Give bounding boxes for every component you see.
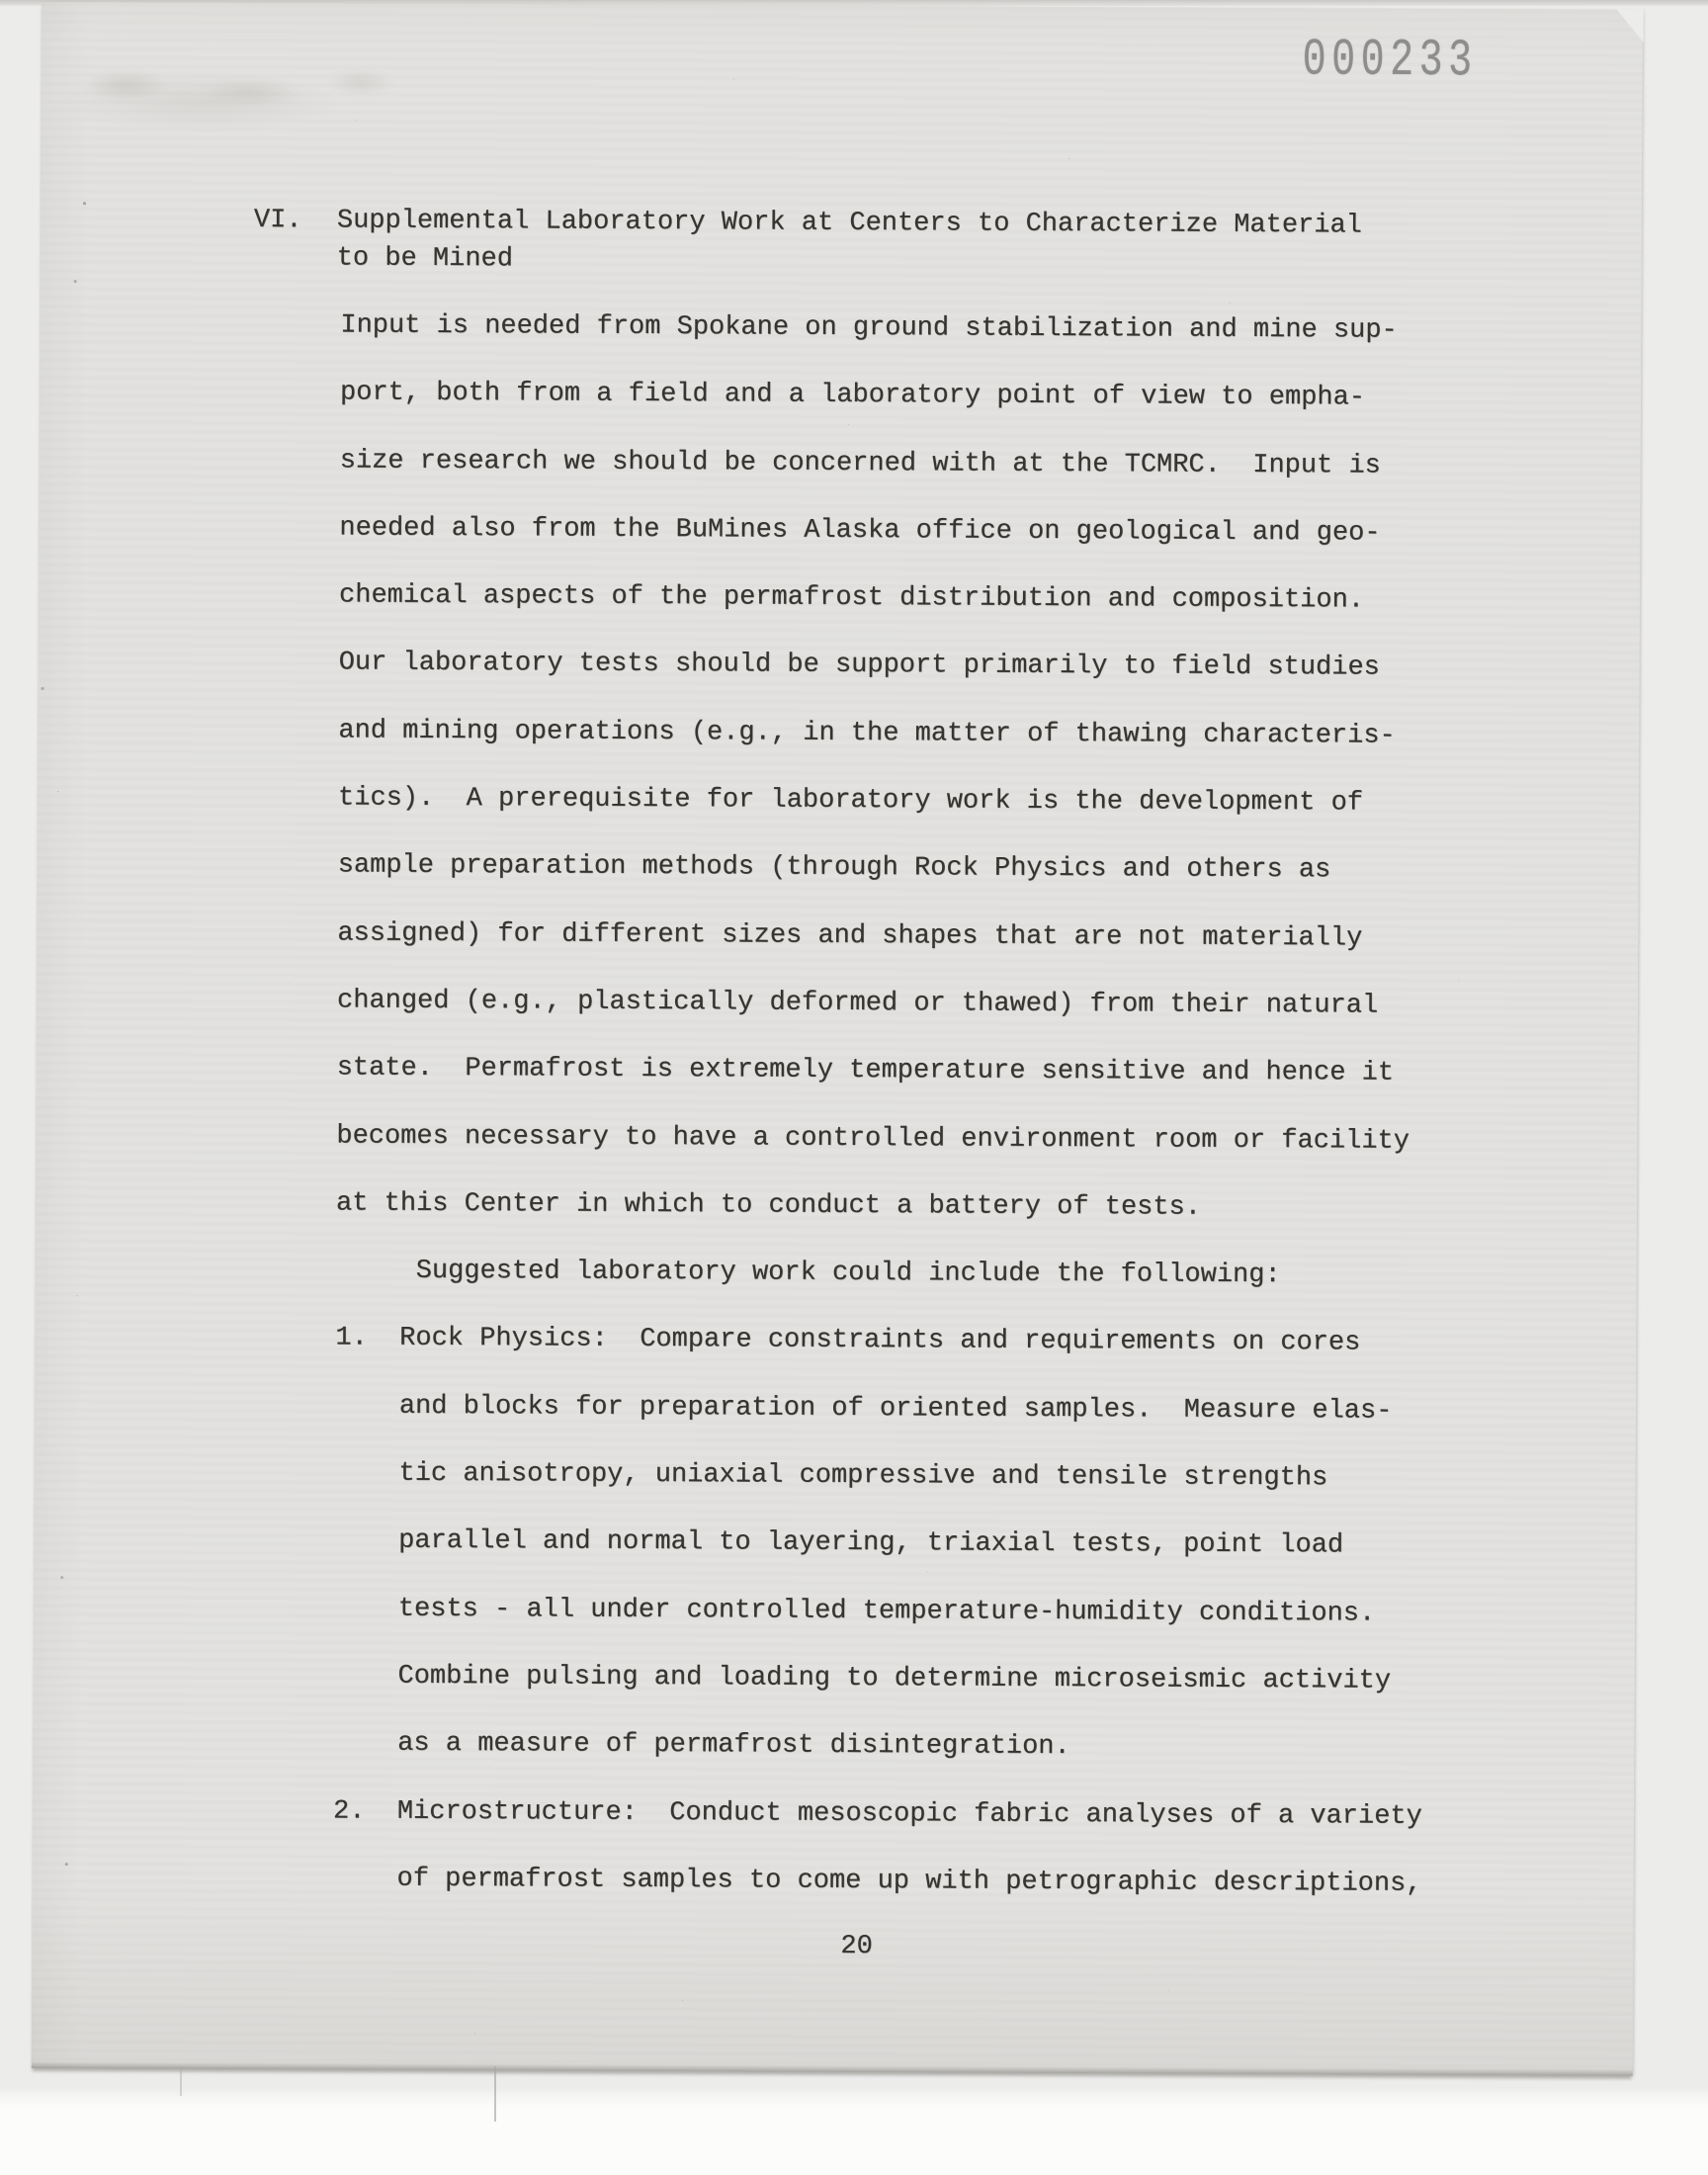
text-line: at this Center in which to conduct a bat… (336, 1170, 1425, 1243)
text-line: parallel and normal to layering, triaxia… (334, 1508, 1423, 1581)
heading-title-line2: to be Mined (337, 243, 513, 274)
scan-tick-1 (494, 2066, 496, 2122)
text-line: tests - all under controlled temperature… (334, 1575, 1423, 1648)
text-line: of permafrost samples to come up with pe… (333, 1845, 1422, 1918)
stamp-number: 000233 (1303, 32, 1478, 91)
heading-title-line1: Supplemental Laboratory Work at Centers … (337, 206, 1362, 240)
text-line: state. Permafrost is extremely temperatu… (337, 1035, 1426, 1108)
text-line: port, both from a field and a laboratory… (340, 360, 1429, 433)
corner-cut (1614, 9, 1644, 43)
text-line: changed (e.g., plastically deformed or t… (337, 967, 1426, 1040)
text-line: sample preparation methods (through Rock… (338, 832, 1427, 906)
scanned-page-canvas: 000233 VI. Supplemental Laboratory Work … (0, 0, 1708, 2175)
paper-sheet: 000233 VI. Supplemental Laboratory Work … (32, 2, 1643, 2076)
text-line: 2. Microstructure: Conduct mesoscopic fa… (333, 1778, 1422, 1851)
text-line: 1. Rock Physics: Compare constraints and… (335, 1305, 1424, 1378)
text-line: size research we should be concerned wit… (340, 427, 1429, 500)
heading-numeral: VI. (254, 206, 302, 235)
paper-specks (42, 2, 43, 3)
text-line: tic anisotropy, uniaxial compressive and… (335, 1440, 1424, 1514)
text-line: becomes necessary to have a controlled e… (336, 1102, 1425, 1175)
scan-tick-2 (180, 2066, 182, 2096)
text-line: as a measure of permafrost disintegratio… (333, 1710, 1422, 1783)
paper-bottom-edge (32, 2061, 1633, 2076)
text-line: Our laboratory tests should be support p… (339, 630, 1428, 703)
text-line: chemical aspects of the permafrost distr… (339, 563, 1428, 636)
ghost-smudge (64, 53, 400, 125)
text-line: Input is needed from Spokane on ground s… (340, 292, 1429, 365)
text-line: and mining operations (e.g., in the matt… (338, 697, 1427, 770)
page-number: 20 (840, 1932, 873, 1961)
text-line: Suggested laboratory work could include … (336, 1238, 1425, 1311)
text-line: assigned) for different sizes and shapes… (337, 900, 1426, 973)
text-line: needed also from the BuMines Alaska offi… (339, 494, 1428, 567)
text-line: tics). A prerequisite for laboratory wor… (338, 765, 1427, 838)
body-text: Input is needed from Spokane on ground s… (333, 292, 1430, 1917)
text-line: Combine pulsing and loading to determine… (334, 1642, 1423, 1715)
text-line: and blocks for preparation of oriented s… (335, 1372, 1424, 1445)
